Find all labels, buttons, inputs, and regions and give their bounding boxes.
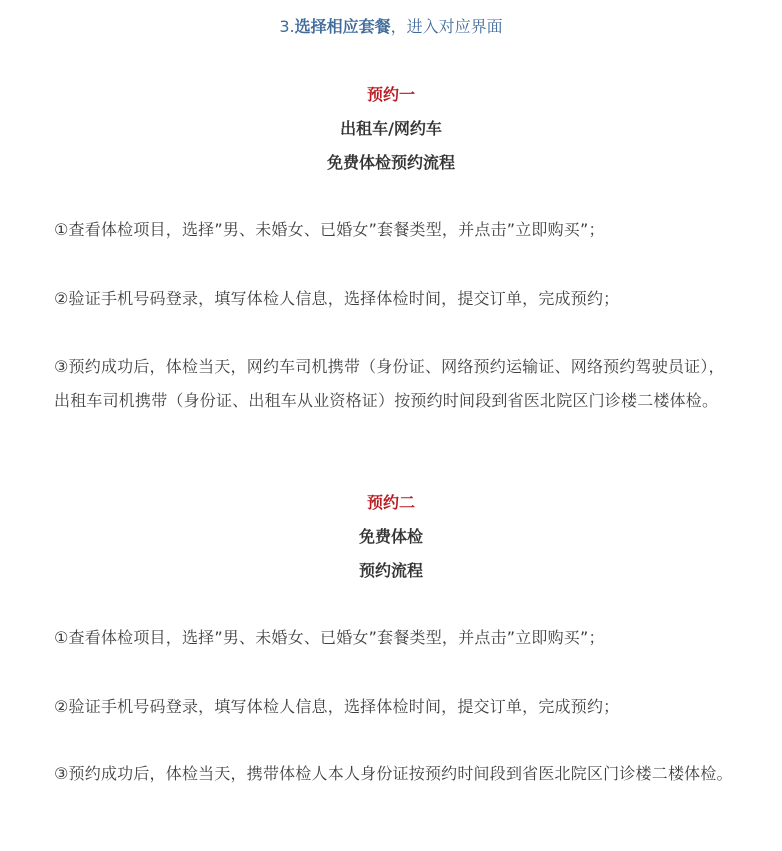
section1-step-3: ③预约成功后，体检当天，网约车司机携带（身份证、网络预约运输证、网络预约驾驶员证…	[54, 350, 734, 418]
section2-step-2: ②验证手机号码登录，填写体检人信息，选择体检时间，提交订单，完成预约；	[54, 690, 734, 724]
section2-step-1: ①查看体检项目，选择”男、未婚女、已婚女”套餐类型，并点击”立即购买”；	[54, 621, 734, 655]
section1-title-line2: 免费体检预约流程	[0, 150, 782, 176]
section2-label: 预约二	[0, 490, 782, 516]
section2-title-line1: 免费体检	[0, 524, 782, 550]
section2-step-3: ③预约成功后，体检当天，携带体检人本人身份证按预约时间段到省医北院区门诊楼二楼体…	[54, 757, 734, 791]
section2-title-line2: 预约流程	[0, 558, 782, 584]
section1-step-1: ①查看体检项目，选择”男、未婚女、已婚女”套餐类型，并点击”立即购买”；	[54, 213, 734, 247]
step-title-prefix: 3.	[279, 17, 294, 36]
section1-label: 预约一	[0, 82, 782, 108]
section1-title-line1: 出租车/网约车	[0, 116, 782, 142]
step-title-rest: ，进入对应界面	[391, 17, 503, 36]
section1-step-2: ②验证手机号码登录，填写体检人信息，选择体检时间，提交订单，完成预约；	[54, 282, 734, 316]
step-title-bold: 选择相应套餐	[295, 17, 391, 36]
step-title: 3.选择相应套餐，进入对应界面	[0, 14, 782, 40]
